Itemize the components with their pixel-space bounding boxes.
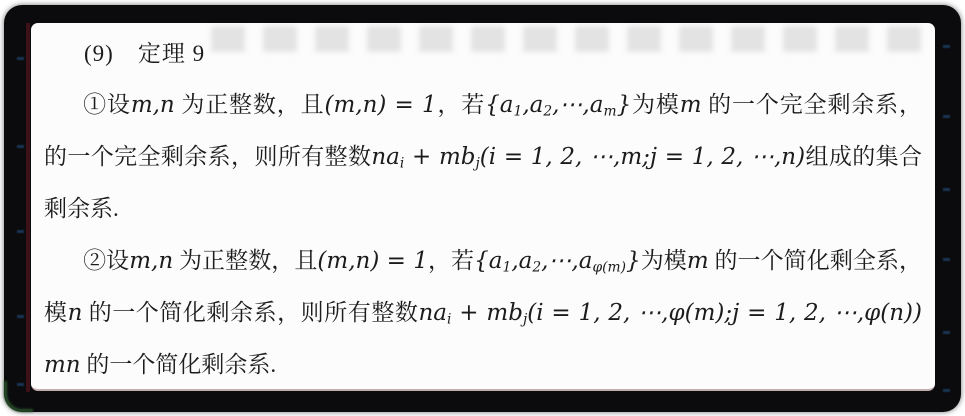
edge-tick: [17, 383, 24, 386]
text-line: 剩余系.: [44, 183, 922, 235]
cn-text: 的一个简化剩余系，则所有整数: [82, 300, 418, 325]
cn-text: 的一个完全剩余系，则所有整数: [44, 144, 371, 169]
cn-text: 为模: [641, 248, 687, 273]
math-text: }: [626, 248, 641, 274]
cn-text: 的一个简化剩余系.: [81, 352, 277, 377]
cn-text: 为正整数，且: [173, 248, 317, 273]
math-text: + mb: [404, 144, 475, 170]
cn-text: 的一个简化剩全系，: [709, 248, 922, 273]
edge-tick: [17, 145, 24, 148]
math-text: m: [680, 92, 702, 118]
cn-text: 剩余系.: [44, 196, 119, 221]
edge-tick: [943, 389, 950, 392]
math-text: m: [687, 248, 709, 274]
math-text: (i = 1, 2, ⋯,φ(m);j = 1, 2, ⋯,φ(n)): [527, 300, 922, 326]
edge-tick: [943, 188, 950, 191]
math-text: (i = 1, 2, ⋯,m;j = 1, 2, ⋯,n): [480, 144, 805, 170]
cn-text: ，若: [437, 92, 486, 117]
text-line: 模n 的一个简化剩余系，则所有整数nai + mbj(i = 1, 2, ⋯,φ…: [44, 287, 922, 339]
edge-tick: [943, 258, 950, 261]
math-subscript: 2: [532, 259, 541, 275]
cn-text: 模: [44, 300, 68, 325]
math-text: }: [617, 92, 632, 118]
edge-tick: [943, 331, 950, 334]
cn-text: ，若: [428, 248, 474, 273]
math-subscript: m: [603, 103, 616, 119]
math-subscript: 2: [543, 103, 552, 119]
text-line: mn 的一个简化剩余系.: [44, 339, 922, 391]
document-body: (9) 定理 9 ①设m,n 为正整数，且(m,n) = 1，若{a1,a2,⋯…: [44, 29, 922, 389]
edge-tick: [17, 57, 24, 60]
math-subscript: 1: [514, 103, 523, 119]
math-text: {a: [485, 92, 513, 118]
math-subscript: 1: [503, 259, 512, 275]
math-text: + mb: [451, 300, 523, 326]
math-text: ,⋯,a: [552, 92, 603, 118]
edge-tick: [17, 230, 24, 233]
edge-tick: [17, 315, 24, 318]
math-text: m,n: [131, 92, 175, 118]
math-text: m,n: [129, 248, 173, 274]
page-frame: (9) 定理 9 ①设m,n 为正整数，且(m,n) = 1，若{a1,a2,⋯…: [4, 5, 961, 412]
math-text: na: [371, 144, 400, 170]
edge-tick: [943, 115, 950, 118]
math-text: {a: [474, 248, 502, 274]
cn-text: 为正整数，且: [175, 92, 325, 117]
cn-text: ①设: [83, 92, 131, 117]
math-text: n: [68, 300, 83, 326]
math-text: ,⋯,a: [541, 248, 592, 274]
math-subscript: φ(m): [592, 259, 626, 275]
cn-text: 为模: [631, 92, 680, 117]
cn-text: ②设: [83, 248, 129, 273]
math-text: ,a: [511, 248, 532, 274]
cn-text: 的一个完全剩余系，: [702, 92, 922, 117]
text-line: ①设m,n 为正整数，且(m,n) = 1，若{a1,a2,⋯,am}为模m 的…: [44, 79, 922, 131]
math-text: (m,n) = 1: [324, 92, 436, 118]
text-line: ②设m,n 为正整数，且(m,n) = 1，若{a1,a2,⋯,aφ(m)}为模…: [44, 235, 922, 287]
edge-tick: [943, 45, 950, 48]
math-text: na: [418, 300, 447, 326]
theorem-title: (9) 定理 9: [44, 29, 922, 79]
math-text: mn: [44, 352, 81, 378]
text-line: 的一个完全剩余系，则所有整数nai + mbj(i = 1, 2, ⋯,m;j …: [44, 131, 922, 183]
document-card: (9) 定理 9 ①设m,n 为正整数，且(m,n) = 1，若{a1,a2,⋯…: [31, 23, 935, 391]
math-text: (m,n) = 1: [317, 248, 428, 274]
math-text: ,a: [522, 92, 543, 118]
left-accent-stripe: [26, 23, 30, 392]
